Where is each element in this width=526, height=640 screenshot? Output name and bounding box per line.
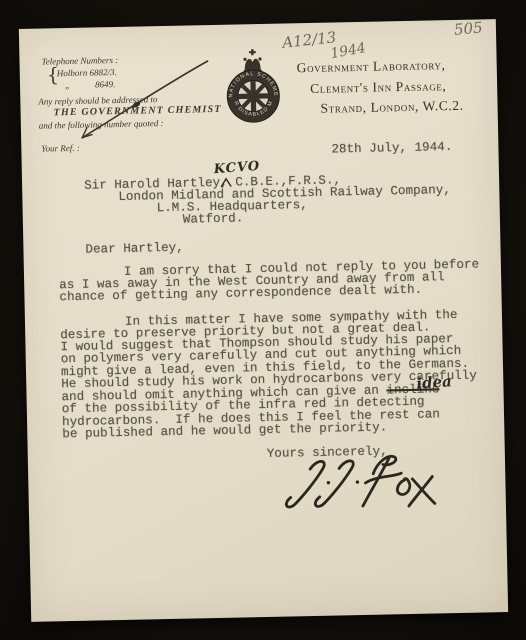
salutation: Dear Hartley, xyxy=(85,241,184,257)
office-address-line2: Clement's Inn Passage, xyxy=(310,78,447,97)
handwritten-correction-word: idea xyxy=(416,372,453,393)
office-address-line3: Strand, London, W.C.2. xyxy=(320,98,463,117)
signature-jj-fox xyxy=(276,450,442,521)
letter-paper: Telephone Numbers : { Holborn 6882/3. „ … xyxy=(19,19,508,622)
letter-date: 28th July, 1944. xyxy=(331,140,452,157)
scanned-letter-photo: { "page": {"background": "#120f0b", "pap… xyxy=(0,0,526,640)
ditto-mark: „ xyxy=(65,80,70,90)
pen-strike-mark xyxy=(74,55,216,146)
office-address-line1: Government Laboratory, xyxy=(297,57,446,76)
recipient-line-4: Watford. xyxy=(183,211,244,226)
your-ref-label: Your Ref. : xyxy=(41,143,80,154)
pencil-page-number: 505 xyxy=(453,18,483,39)
disabled-men-scheme-badge-icon: NATIONAL SCHEME FOR DISABLED MEN xyxy=(219,43,287,126)
